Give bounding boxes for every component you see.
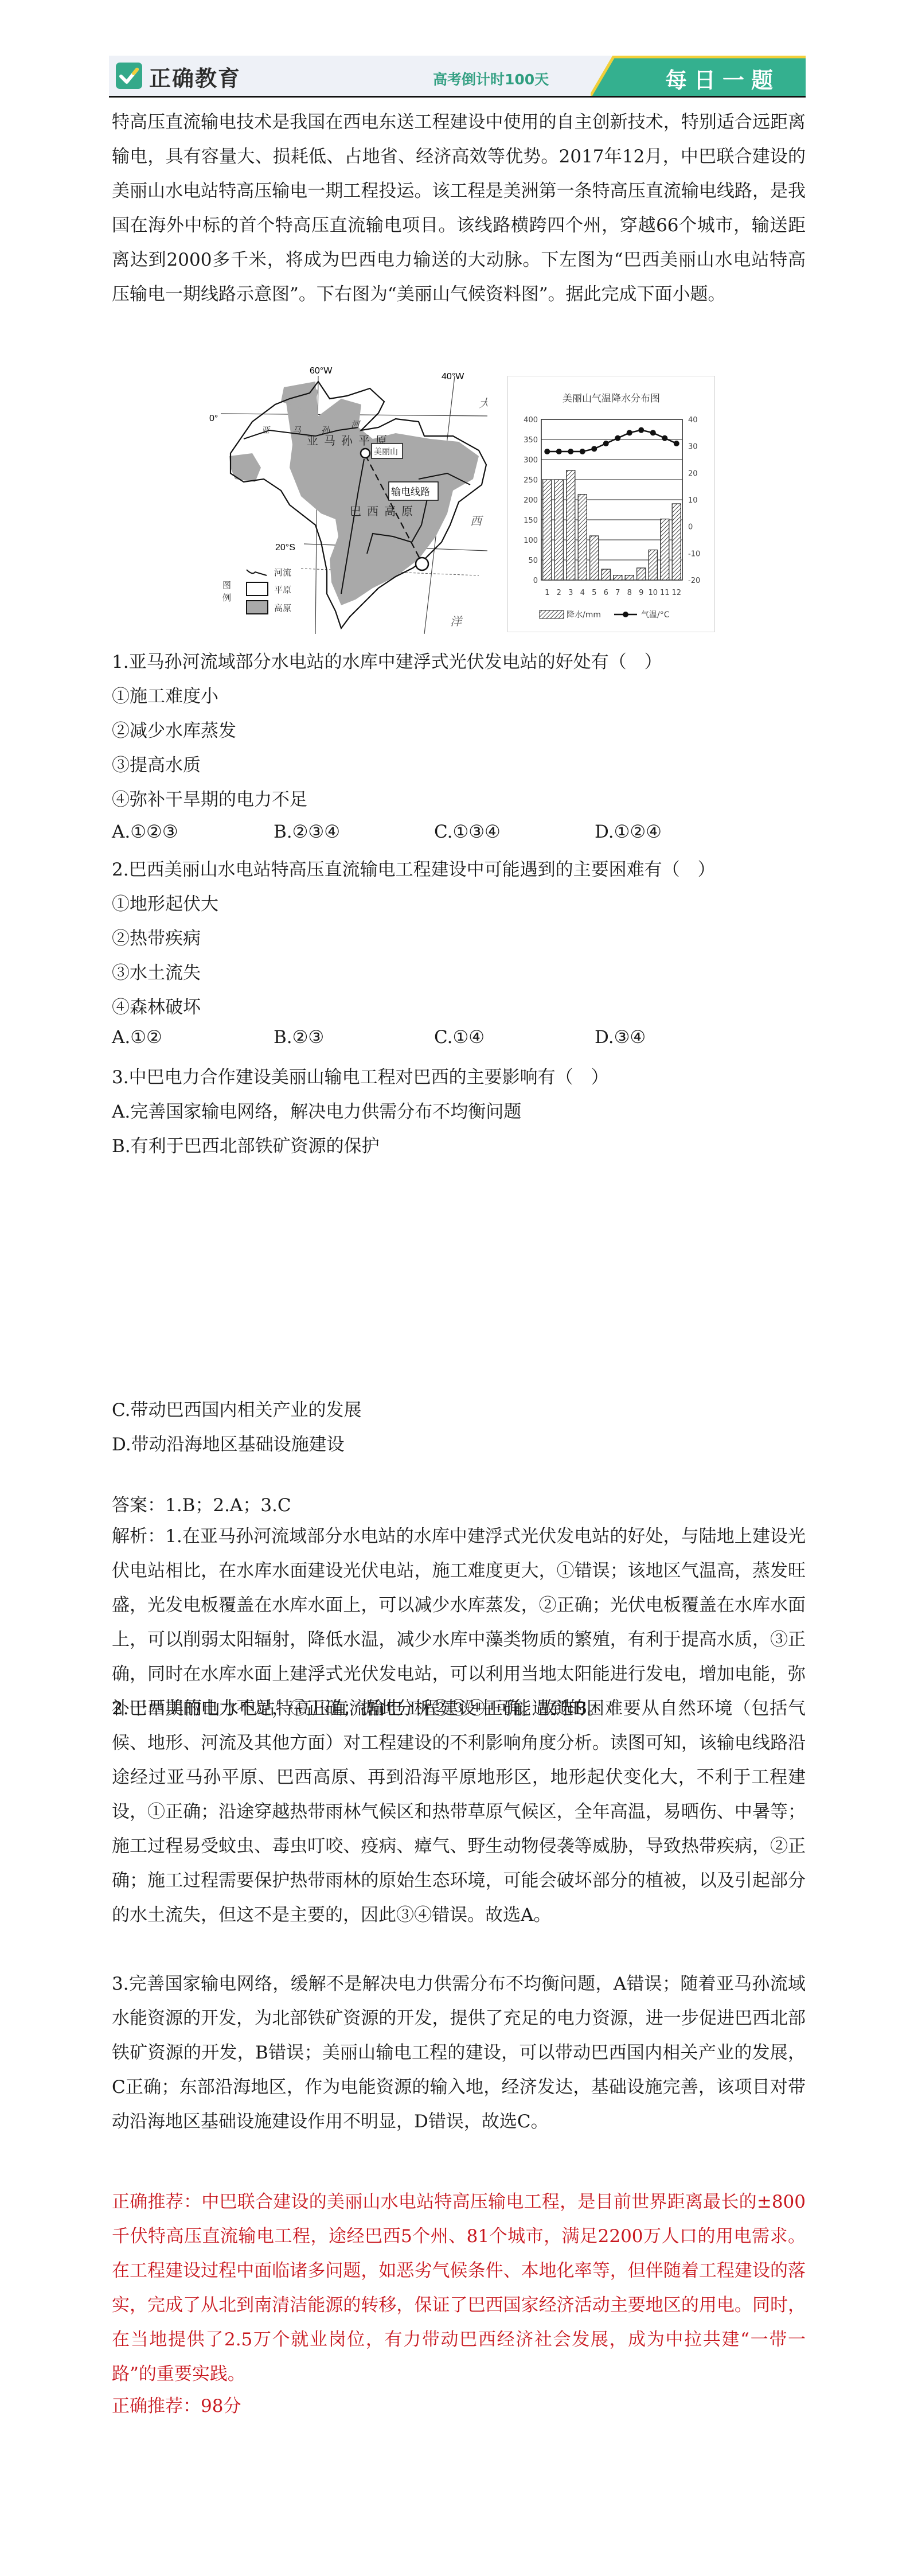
lat-20s-label: 20°S	[275, 543, 295, 552]
lon-60w-label: 60°W	[310, 366, 333, 376]
svg-text:大: 大	[479, 396, 487, 410]
svg-text:4: 4	[580, 589, 585, 597]
brazil-transmission-map: 60°W 40°W 0° 20°S 亚 马 孙 河 亚马孙平原 巴西高原 美丽山…	[189, 353, 487, 634]
svg-text:250: 250	[524, 476, 538, 485]
svg-text:图: 图	[222, 580, 231, 590]
belo-monte-callout: 美丽山	[374, 448, 398, 457]
question-3-stem: 3.中巴电力合作建设美丽山输电工程对巴西的主要影响有（ ）	[112, 1063, 609, 1088]
svg-text:300: 300	[524, 456, 538, 465]
question-3-option-a[interactable]: A.完善国家输电网络，解决电力供需分布不均衡问题	[112, 1097, 521, 1123]
svg-text:气温/°C: 气温/°C	[641, 610, 670, 620]
svg-text:5: 5	[592, 589, 596, 597]
question-1-item: ①施工难度小	[112, 682, 218, 707]
svg-text:350: 350	[524, 436, 538, 445]
svg-text:-10: -10	[688, 550, 700, 558]
svg-text:西: 西	[470, 514, 483, 528]
svg-text:河流: 河流	[274, 567, 291, 578]
brand-name: 正确教育	[149, 61, 241, 92]
answer-key: 答案：1.B；2.A；3.C	[112, 1491, 291, 1516]
brazil-plateau-label: 巴西高原	[350, 504, 419, 518]
legend-plateau-swatch	[247, 601, 268, 614]
svg-text:0: 0	[688, 523, 693, 532]
chart-title: 美丽山气温降水分布图	[563, 393, 660, 404]
svg-text:8: 8	[627, 589, 632, 597]
recommendation-text: 正确推荐：中巴联合建设的美丽山水电站特高压输电工程，是目前世界距离最长的±800…	[112, 2185, 806, 2391]
question-1-stem: 1.亚马孙河流域部分水电站的水库中建浮式光伏发电站的好处有（ ）	[112, 647, 662, 673]
option-d[interactable]: D.①②④	[595, 822, 662, 842]
svg-text:40: 40	[688, 416, 698, 425]
svg-text:3: 3	[568, 589, 573, 597]
option-d[interactable]: D.③④	[595, 1027, 646, 1048]
page-header: 正确教育 高考倒计时100天 每日一题	[109, 56, 806, 96]
lat-0-label: 0°	[209, 414, 218, 423]
question-2-stem: 2.巴西美丽山水电站特高压直流输电工程建设中可能遇到的主要困难有（ ）	[112, 855, 716, 881]
svg-text:1: 1	[545, 589, 549, 597]
legend-plain-swatch	[247, 582, 268, 596]
header-divider	[109, 96, 806, 98]
intro-paragraph: 特高压直流输电技术是我国在西电东送工程建设中使用的自主创新技术，特别适合远距离输…	[112, 105, 806, 312]
climate-chart: 美丽山气温降水分布图 40035030025020015010050040302…	[507, 376, 715, 632]
option-c[interactable]: C.①④	[434, 1027, 485, 1048]
exam-countdown: 高考倒计时100天	[433, 68, 549, 89]
question-1-item: ②减少水库蒸发	[112, 716, 236, 742]
svg-text:-20: -20	[688, 577, 700, 585]
question-2-item: ③水土流失	[112, 958, 201, 984]
svg-text:150: 150	[524, 516, 538, 525]
transmission-line-callout: 输电线路	[391, 487, 430, 498]
svg-text:平原: 平原	[274, 585, 291, 595]
option-a[interactable]: A.①②③	[112, 822, 178, 842]
option-c[interactable]: C.①③④	[434, 822, 501, 842]
svg-text:6: 6	[604, 589, 608, 597]
svg-text:50: 50	[528, 557, 538, 565]
svg-text:11: 11	[660, 589, 670, 597]
svg-text:200: 200	[524, 496, 538, 505]
svg-text:0: 0	[533, 577, 538, 585]
question-2-item: ④森林破坏	[112, 993, 201, 1018]
svg-text:30: 30	[688, 443, 698, 452]
lon-40w-label: 40°W	[442, 372, 464, 382]
svg-text:12: 12	[671, 589, 681, 597]
question-1-item: ④弥补干旱期的电力不足	[112, 785, 307, 811]
svg-text:2: 2	[557, 589, 561, 597]
svg-text:例: 例	[222, 593, 231, 603]
question-3-option-d[interactable]: D.带动沿海地区基础设施建设	[112, 1430, 345, 1456]
svg-text:降水/mm: 降水/mm	[567, 610, 601, 620]
svg-text:100: 100	[524, 536, 538, 545]
question-2-item: ①地形起伏大	[112, 889, 218, 915]
analysis-3: 3.完善国家输电网络，缓解不是解决电力供需分布不均衡问题，A错误；随着亚马孙流域…	[112, 1967, 806, 2139]
svg-text:20: 20	[688, 469, 698, 478]
question-3-option-c[interactable]: C.带动巴西国内相关产业的发展	[112, 1395, 361, 1421]
svg-text:400: 400	[524, 416, 538, 425]
option-a[interactable]: A.①②	[112, 1027, 162, 1048]
question-1-item: ③提高水质	[112, 750, 201, 776]
option-b[interactable]: B.②③④	[274, 822, 340, 842]
svg-text:洋: 洋	[450, 614, 463, 628]
svg-text:7: 7	[615, 589, 620, 597]
svg-text:亚: 亚	[261, 425, 271, 435]
analysis-2: 2.巴西美丽山水电站特高压直流输电工程建设中可能遇到的困难要从自然环境（包括气候…	[112, 1691, 806, 1932]
option-b[interactable]: B.②③	[274, 1027, 324, 1048]
svg-text:高原: 高原	[274, 603, 291, 613]
svg-text:10: 10	[688, 496, 698, 505]
logo-check-icon	[116, 63, 142, 89]
svg-text:马: 马	[292, 425, 302, 435]
question-3-option-b[interactable]: B.有利于巴西北部铁矿资源的保护	[112, 1131, 380, 1157]
svg-text:9: 9	[639, 589, 643, 597]
daily-question-label: 每日一题	[665, 63, 780, 94]
svg-text:10: 10	[648, 589, 658, 597]
question-2-item: ②热带疾病	[112, 924, 201, 950]
recommendation-score: 正确推荐：98分	[112, 2391, 241, 2417]
